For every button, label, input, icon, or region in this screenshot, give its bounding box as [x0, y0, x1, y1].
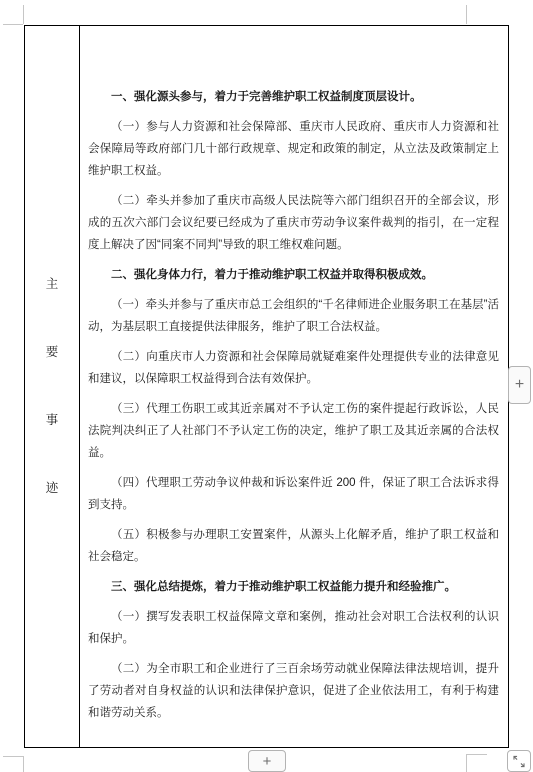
section-3-heading[interactable]: 三、强化总结提炼，着力于推动维护职工权益能力提升和经验推广。	[88, 576, 499, 598]
section-2-paragraph-3[interactable]: （三）代理工伤职工或其近亲属对不予认定工伤的案件提起行政诉讼，人民法院判决纠正了…	[88, 398, 499, 464]
section-3-paragraph-2[interactable]: （二）为全市职工和企业进行了三百余场劳动就业保障法律法规培训，提升了劳动者对自身…	[88, 658, 499, 724]
section-2-heading[interactable]: 二、强化身体力行，着力于推动维护职工权益并取得积极成效。	[88, 264, 499, 286]
insert-row-button[interactable]: +	[248, 750, 286, 772]
row-label-char: 事	[46, 414, 59, 427]
row-label-cell[interactable]: 主 要 事 迹	[25, 26, 80, 747]
section-1-heading[interactable]: 一、强化源头参与，着力于完善维护职工权益制度顶层设计。	[88, 86, 499, 108]
table-resize-handle[interactable]	[507, 750, 531, 772]
row-label-char: 要	[46, 346, 59, 359]
section-2-paragraph-2[interactable]: （二）向重庆市人力资源和社会保障局就疑难案件处理提供专业的法律意见和建议，以保障…	[88, 346, 499, 390]
plus-icon: +	[515, 376, 524, 394]
crop-mark-bottom-left-vertical	[23, 756, 24, 772]
crop-mark-bottom-right-vertical	[466, 754, 467, 772]
section-1-paragraph-2[interactable]: （二）牵头并参加了重庆市高级人民法院等六部门组织召开的全部会议，形成的五次六部门…	[88, 190, 499, 256]
section-2-paragraph-1[interactable]: （一）牵头并参与了重庆市总工会组织的“千名律师进企业服务职工在基层”活动，为基层…	[88, 294, 499, 338]
insert-column-button[interactable]: +	[508, 366, 531, 404]
document-page: 主 要 事 迹 一、强化源头参与，着力于完善维护职工权益制度顶层设计。 （一）参…	[0, 0, 533, 772]
crop-mark-bottom-left-horizontal	[3, 756, 23, 757]
section-3-paragraph-1[interactable]: （一）撰写发表职工权益保障文章和案例，推动社会对职工合法权利的认识和保护。	[88, 606, 499, 650]
row-label-char: 主	[46, 278, 59, 291]
crop-mark-top-left-horizontal	[3, 24, 23, 25]
crop-mark-top-right-vertical	[466, 5, 467, 24]
resize-diagonal-icon	[510, 753, 528, 770]
achievements-table: 主 要 事 迹 一、强化源头参与，着力于完善维护职工权益制度顶层设计。 （一）参…	[24, 25, 509, 748]
plus-icon: +	[263, 753, 272, 770]
section-2-paragraph-5[interactable]: （五）积极参与办理职工安置案件，从源头上化解矛盾，维护了职工权益和社会稳定。	[88, 524, 499, 568]
row-content-cell[interactable]: 一、强化源头参与，着力于完善维护职工权益制度顶层设计。 （一）参与人力资源和社会…	[80, 26, 508, 747]
section-1-paragraph-1[interactable]: （一）参与人力资源和社会保障部、重庆市人民政府、重庆市人力资源和社会保障局等政府…	[88, 116, 499, 182]
crop-mark-bottom-right-horizontal	[466, 754, 487, 755]
crop-mark-top-left-vertical	[23, 5, 24, 24]
row-label-char: 迹	[46, 482, 59, 495]
section-2-paragraph-4[interactable]: （四）代理职工劳动争议仲裁和诉讼案件近 200 件，保证了职工合法诉求得到支持。	[88, 472, 499, 516]
